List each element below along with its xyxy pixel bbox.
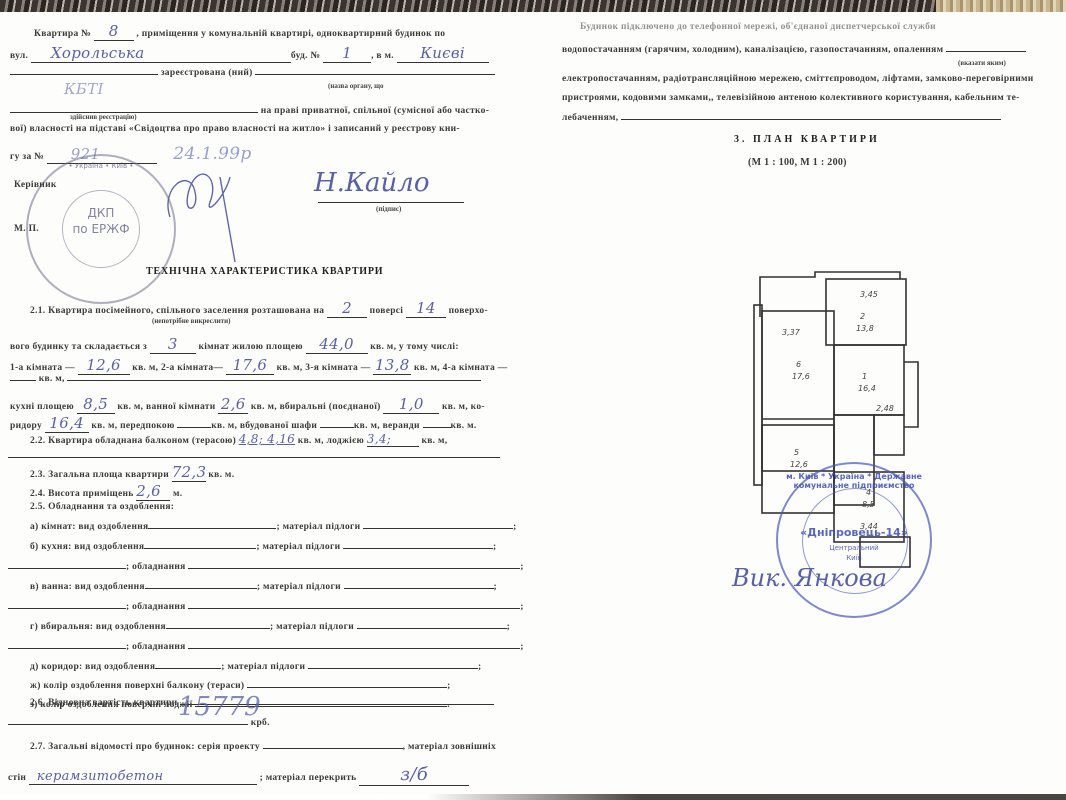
- total-area-label: 2.3. Загальна площа квартири: [30, 470, 169, 480]
- s21-line2: вого будинку та складається з 3 кімнат ж…: [10, 335, 459, 354]
- finishing-row: ж) колір оздоблення поверхні балкону (те…: [30, 681, 451, 691]
- s21-suffix: поверхо-: [449, 306, 488, 316]
- signature-scribble: [150, 147, 260, 267]
- room4-label: кв. м, 4-а кімната —: [414, 363, 508, 373]
- finishing-label: ; обладнання: [126, 602, 186, 612]
- floor-material-label: ; матеріал підлоги: [276, 522, 360, 532]
- balcony-area: 4,8; 4,16: [239, 432, 295, 446]
- room2-area: 17,6: [226, 356, 274, 375]
- floor-material-label: ; матеріал підлоги: [256, 542, 340, 552]
- right-page: Будинок підключено до телефонної мережі,…: [540, 12, 1066, 794]
- left-page: Квартира № 8 , приміщення у комунальній …: [0, 12, 520, 794]
- veranda-label: кв. м, веранди: [354, 421, 420, 431]
- slabs-label: ; матеріал перекрить: [260, 773, 357, 783]
- street-value: Хорольська: [31, 44, 291, 63]
- corridor-area: 16,4: [45, 414, 89, 433]
- ownership-text: на праві приватної, спільної (сумісної а…: [261, 106, 490, 116]
- corridor-label: ридору: [10, 421, 42, 431]
- walls-label: стін: [8, 773, 26, 783]
- services-line2: пристроями, кодовими замками,, телевізій…: [562, 93, 1020, 103]
- outer-walls-label: , матеріал зовнішніх: [403, 742, 496, 752]
- s21-floor-label: поверсі: [370, 306, 404, 316]
- heating-caption: (вказати яким): [958, 59, 1006, 67]
- plan-room-2-area: 13,8: [856, 324, 874, 333]
- s21-text6: кв. м, у тому числі:: [370, 342, 459, 352]
- finishing-row: ; обладнання ;: [8, 602, 524, 612]
- utilities-text: водопостачанням (гарячим, холодним), кан…: [562, 45, 943, 55]
- slabs-material: з/б: [359, 764, 469, 786]
- floor-material-label: ; матеріал підлоги: [221, 662, 305, 672]
- register-label: гу за №: [10, 152, 44, 162]
- stamp2-sub: Центральний: [778, 544, 930, 552]
- head-label: Керівник: [14, 180, 57, 190]
- finishing-label: ; обладнання: [126, 562, 186, 572]
- finishing-label: д) коридор: вид оздоблення: [30, 662, 155, 672]
- finishing-label: в) ванна: вид оздоблення: [30, 582, 145, 592]
- hallway-label: кв. м, передпокою: [91, 421, 174, 431]
- section-2-title: ТЕХНІЧНА ХАРАКТЕРИСТИКА КВАРТИРИ: [146, 266, 383, 277]
- tv-text: лебаченням,: [562, 113, 618, 123]
- stamp2-sub2: Київ: [778, 554, 930, 562]
- s27-line1: 2.7. Загальні відомості про будинок: сер…: [30, 742, 496, 752]
- finishing-row: в) ванна: вид оздоблення; матеріал підло…: [30, 582, 497, 592]
- plan-room-6-area: 17,6: [792, 372, 810, 381]
- height-unit: м.: [173, 489, 182, 499]
- official-stamp-dniprovets: м. Київ * Україна * Державне комунальне …: [776, 462, 932, 618]
- apt-number: 8: [94, 22, 134, 41]
- room2-label: кв. м, 2-а кімната—: [132, 363, 223, 373]
- s24-line: 2.4. Висота приміщень 2,6 м.: [30, 482, 182, 501]
- handwritten-kbti: КБТІ: [64, 80, 104, 98]
- photo-edge-top: [0, 0, 1066, 12]
- plan-room-5-area: 12,6: [790, 460, 808, 469]
- s22-line: 2.2. Квартира обладнана балконом (терасо…: [30, 432, 447, 447]
- registered-label: зареєстрована (ний): [161, 68, 253, 78]
- plan-room-5-no: 5: [794, 448, 799, 457]
- room4-unit: кв. м,: [39, 374, 65, 384]
- city-label: , в м.: [371, 51, 394, 61]
- finishing-row: ; обладнання ;: [8, 562, 524, 572]
- plan-room-1-area: 16,4: [858, 384, 876, 393]
- street-line: вул. Хорольськабуд. № 1, в м. Києві: [10, 44, 489, 63]
- street-label: вул.: [10, 51, 28, 61]
- plan-dim-2-48: 2,48: [876, 404, 894, 413]
- room1-area: 12,6: [78, 356, 130, 375]
- total-area-value: 72,3: [172, 463, 206, 482]
- room1-label: 1-а кімната —: [10, 363, 75, 373]
- floor-value: 2: [327, 299, 367, 318]
- s26-line2: крб.: [8, 718, 270, 728]
- s21-line1: 2.1. Квартира посімейного, спільного зас…: [30, 299, 488, 318]
- s25-title: 2.5. Обладнання та оздоблення:: [30, 502, 174, 512]
- finishing-label: а) кімнат: вид оздоблення: [30, 522, 148, 532]
- total-area-unit: кв. м.: [208, 470, 234, 480]
- utilities-line: водопостачанням (гарячим, холодним), кан…: [562, 45, 1026, 55]
- mp-label: М. П.: [14, 224, 39, 234]
- telephone-line: Будинок підключено до телефонної мережі,…: [580, 22, 936, 32]
- apartment-line: Квартира № 8 , приміщення у комунальній …: [34, 22, 445, 41]
- wc-area: 1,0: [383, 395, 439, 414]
- caption-registration: здійснив реєстрацію): [70, 113, 137, 121]
- finishing-label: ; обладнання: [126, 642, 186, 652]
- s27-line2: стін керамзитобетон ; матеріал перекрить…: [8, 764, 469, 786]
- loggia-unit: кв. м,: [421, 436, 447, 446]
- kitchen-label: кухні площею: [10, 402, 74, 412]
- s21-text4: вого будинку та складається з: [10, 342, 147, 352]
- plan-scale: (М 1 : 100, М 1 : 200): [748, 157, 847, 168]
- s21-text: 2.1. Квартира посімейного, спільного зас…: [30, 306, 324, 316]
- s21-line6: ридору 16,4 кв. м, передпокою кв. м, вбу…: [10, 414, 477, 433]
- finishing-label: г) вбиральня: вид оздоблення: [30, 622, 166, 632]
- plan-room-2-no: 2: [860, 312, 865, 321]
- plan-dim-3-37: 3,37: [782, 328, 801, 337]
- loggia-area: 3,4;: [367, 432, 419, 447]
- apt-text: , приміщення у комунальній квартирі, одн…: [136, 29, 445, 39]
- apt-label: Квартира №: [34, 29, 91, 39]
- plan-room-1-no: 1: [862, 372, 867, 381]
- city-value: Києві: [397, 44, 489, 63]
- kitchen-area: 8,5: [77, 395, 115, 414]
- basis-line: вої) власності на підставі «Свідоцтва пр…: [10, 124, 460, 134]
- room3-area: 13,8: [373, 356, 411, 375]
- s21-caption: (непотрібне викреслити): [152, 317, 230, 325]
- living-area: 44,0: [306, 335, 368, 354]
- s21-line3: 1-а кімната — 12,6 кв. м, 2-а кімната— 1…: [10, 356, 508, 375]
- section-3-title: 3. ПЛАН КВАРТИРИ: [734, 134, 880, 145]
- building-label: буд. №: [291, 51, 320, 61]
- bath-label: кв. м, ванної кімнати: [117, 402, 215, 412]
- photo-edge-bottom: [0, 794, 1066, 800]
- currency-label: крб.: [251, 718, 270, 728]
- registered-line: зареєстрована (ний): [10, 68, 495, 78]
- room3-label: кв. м, 3-я кімната —: [277, 363, 371, 373]
- services-line3: лебаченням,: [562, 113, 1001, 123]
- s21-line4: кв. м,: [10, 374, 481, 384]
- plan-room-6-no: 6: [796, 360, 801, 369]
- floor-material-label: ; матеріал підлоги: [270, 622, 354, 632]
- stamp2-ring-text: м. Київ * Україна * Державне комунальне …: [778, 472, 930, 490]
- building-info-label: 2.7. Загальні відомості про будинок: сер…: [30, 742, 260, 752]
- s21-text5: кімнат жилою площею: [198, 342, 302, 352]
- services-line: електропостачанням, радіотрансляційною м…: [562, 74, 1034, 84]
- head-signature: Н.Кайло: [314, 168, 430, 198]
- caption-organ: (назва органу, що: [328, 82, 384, 90]
- finishing-row: а) кімнат: вид оздоблення; матеріал підл…: [30, 522, 517, 532]
- rooms-count: 3: [150, 335, 196, 354]
- stamp2-center: «Дніпровець-14»: [778, 526, 930, 539]
- bath-area: 2,6: [218, 395, 248, 414]
- building-number: 1: [323, 44, 371, 63]
- height-label: 2.4. Висота приміщень: [30, 489, 134, 499]
- walls-material: керамзитобетон: [29, 769, 257, 785]
- height-value: 2,6: [136, 482, 170, 501]
- s26-line: 2.6. Відновна вартість квартири: [30, 698, 494, 708]
- finishing-label: ж) колір оздоблення поверхні балкону (те…: [30, 681, 244, 691]
- floor-material-label: ; матеріал підлоги: [257, 582, 341, 592]
- plan-dim-3-45: 3,45: [860, 290, 878, 299]
- veranda-unit: кв. м.: [451, 421, 477, 431]
- signature-caption: (підпис): [376, 205, 401, 213]
- finishing-row: г) вбиральня: вид оздоблення; матеріал п…: [30, 622, 510, 632]
- finishing-row: ; обладнання ;: [8, 642, 524, 652]
- replacement-cost-label: 2.6. Відновна вартість квартири: [30, 698, 177, 708]
- closet-label: кв. м, вбудованої шафи: [211, 421, 317, 431]
- executor-signature: Вик. Янкова: [732, 564, 887, 592]
- s22-text: 2.2. Квартира обладнана балконом (терасо…: [30, 436, 236, 446]
- s21-line5: кухні площею 8,5 кв. м, ванної кімнати 2…: [10, 395, 485, 414]
- finishing-row: б) кухня: вид оздоблення; матеріал підло…: [30, 542, 497, 552]
- s23-line: 2.3. Загальна площа квартири 72,3 кв. м.: [30, 463, 234, 482]
- loggia-label: кв. м, лоджією: [298, 436, 364, 446]
- finishing-label: б) кухня: вид оздоблення: [30, 542, 144, 552]
- wc-label: кв. м, вбиральні (поєднаної): [251, 402, 381, 412]
- finishing-row: д) коридор: вид оздоблення; матеріал під…: [30, 662, 481, 672]
- s21-tail1: кв. м, ко-: [442, 402, 485, 412]
- floors-total-value: 14: [406, 299, 446, 318]
